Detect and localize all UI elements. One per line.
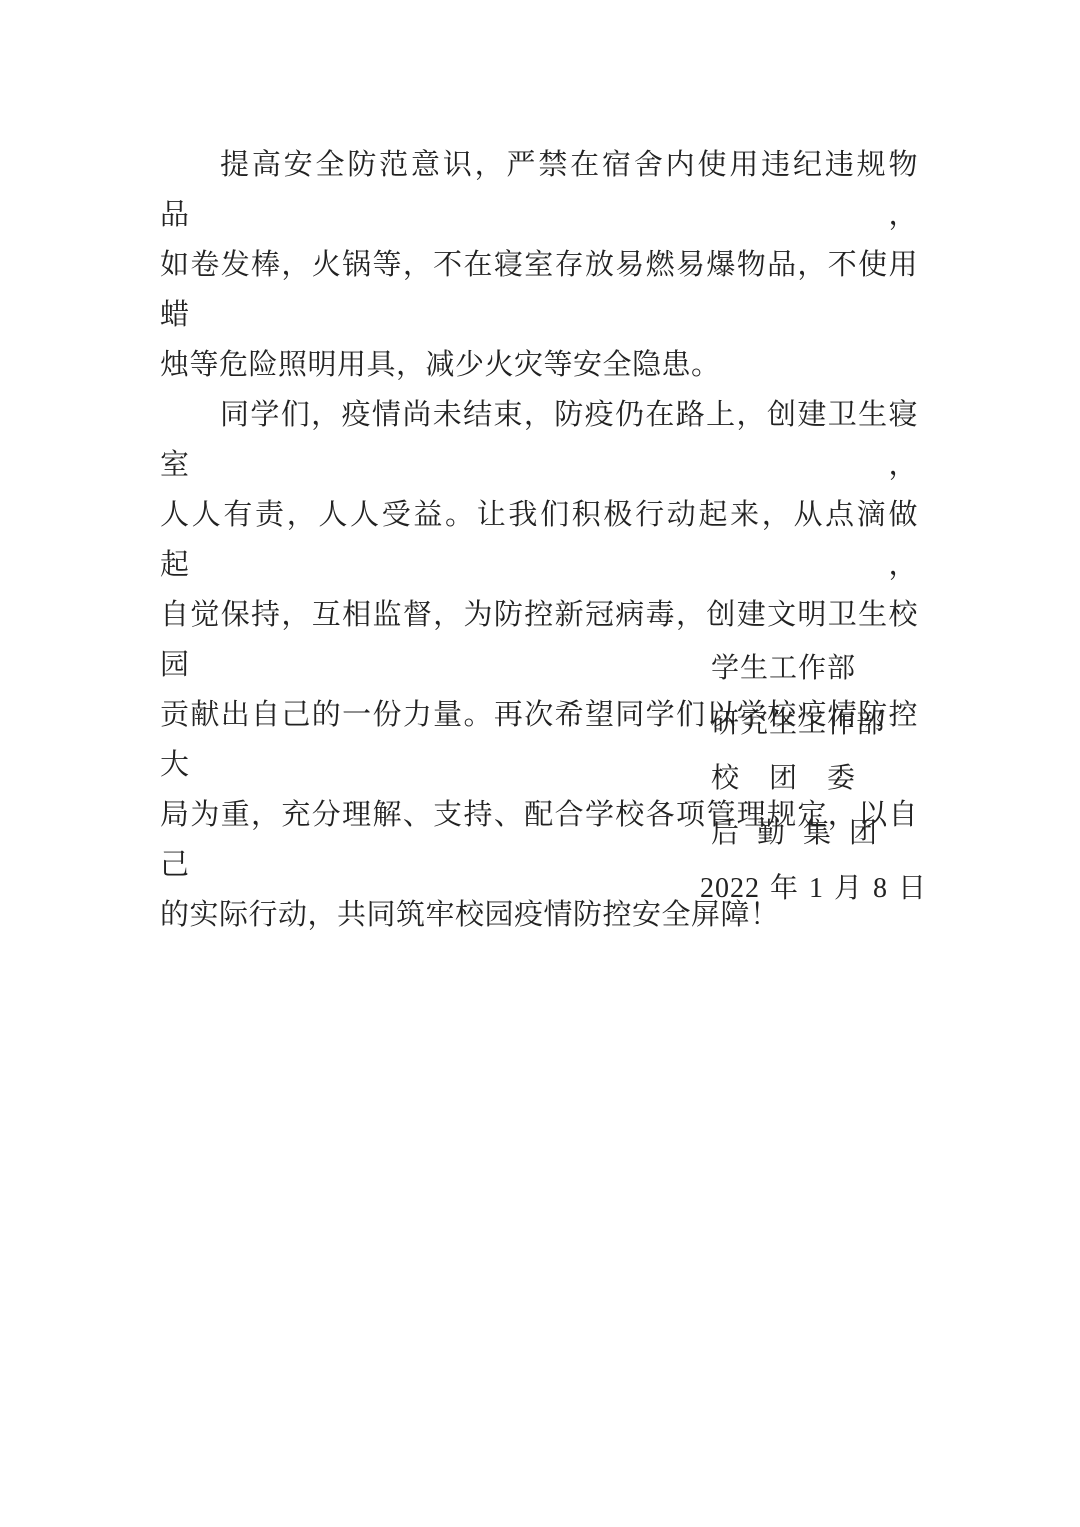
signature-dept-graduate-affairs: 研究生工作部 — [711, 696, 927, 751]
signature-date: 2022 年 1 月 8 日 — [700, 861, 927, 916]
text-line: 提高安全防范意识，严禁在宿舍内使用违纪违规物品， — [160, 140, 918, 240]
signature-dept-student-affairs: 学生工作部 — [711, 641, 927, 696]
signature-dept-youth-league: 校 团 委 — [711, 751, 927, 806]
document-page: 提高安全防范意识，严禁在宿舍内使用违纪违规物品， 如卷发棒，火锅等，不在寝室存放… — [0, 0, 1080, 1527]
text-line: 人人有责，人人受益。让我们积极行动起来，从点滴做起， — [160, 490, 918, 590]
paragraph-safety: 提高安全防范意识，严禁在宿舍内使用违纪违规物品， 如卷发棒，火锅等，不在寝室存放… — [160, 140, 918, 390]
text-line: 烛等危险照明用具，减少火灾等安全隐患。 — [160, 340, 918, 390]
signature-block: 学生工作部 研究生工作部 校 团 委 后 勤 集 团 2022 年 1 月 8 … — [711, 641, 927, 916]
text-line: 同学们，疫情尚未结束，防疫仍在路上，创建卫生寝室， — [160, 390, 918, 490]
signature-dept-logistics: 后 勤 集 团 — [711, 806, 927, 861]
text-line: 如卷发棒，火锅等，不在寝室存放易燃易爆物品，不使用蜡 — [160, 240, 918, 340]
